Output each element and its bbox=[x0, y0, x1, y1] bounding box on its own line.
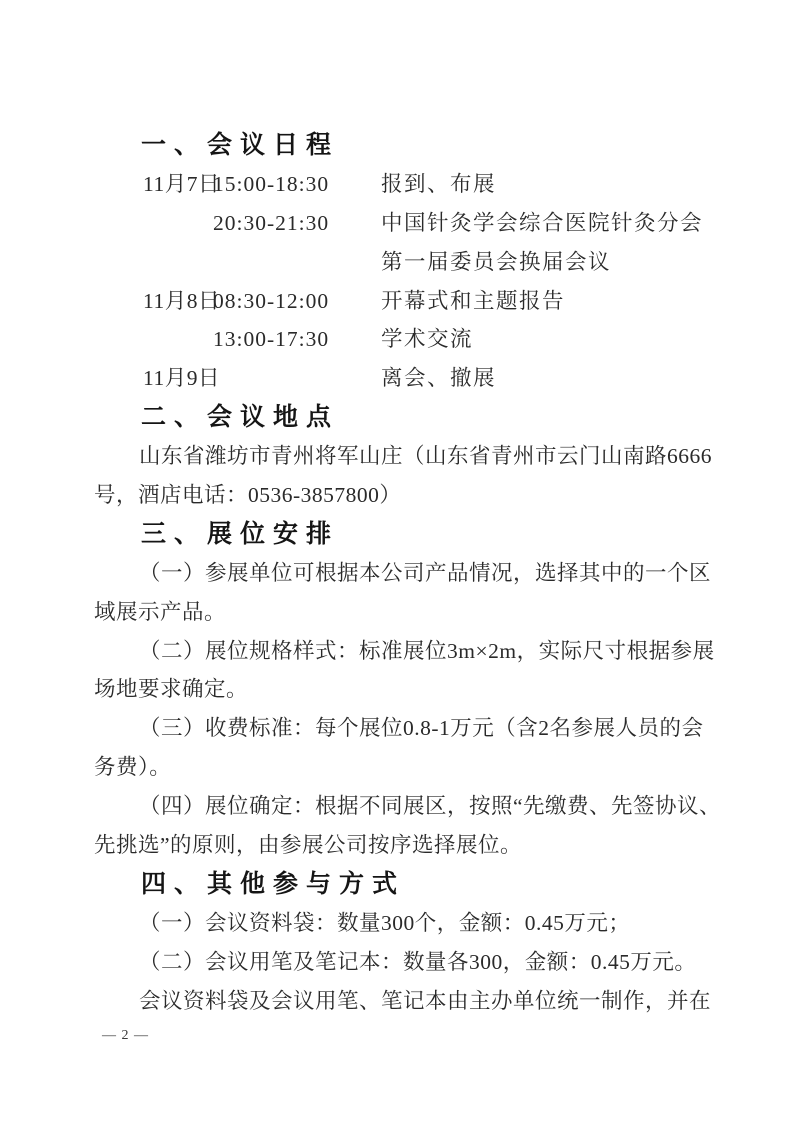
body-line: （三）收费标准：每个展位0.8-1万元（含2名参展人员的会 bbox=[94, 709, 708, 748]
schedule-time: 08:30-12:00 bbox=[213, 282, 329, 321]
schedule-activity: 开幕式和主题报告 bbox=[381, 282, 565, 321]
schedule-time: 20:30-21:30 bbox=[213, 204, 329, 243]
schedule-time: 15:00-18:30 bbox=[213, 165, 329, 204]
schedule-activity: 报到、布展 bbox=[381, 165, 496, 204]
schedule-row: 20:30-21:30中国针灸学会综合医院针灸分会 bbox=[94, 204, 708, 243]
body-line: （一）会议资料袋：数量300个，金额：0.45万元； bbox=[94, 904, 708, 943]
body-line: 场地要求确定。 bbox=[94, 670, 708, 709]
body-line: （四）展位确定：根据不同展区，按照“先缴费、先签协议、 bbox=[94, 787, 708, 826]
section-heading: 一、会议日程 bbox=[94, 126, 708, 165]
schedule-row: 11月9日离会、撤展 bbox=[94, 359, 708, 398]
body-line: （二）展位规格样式：标准展位3m×2m，实际尺寸根据参展 bbox=[94, 632, 708, 671]
body-line: 务费）。 bbox=[94, 748, 708, 787]
body-line: 号，酒店电话：0536-3857800） bbox=[94, 476, 708, 515]
section-heading: 二、会议地点 bbox=[94, 398, 708, 437]
section-heading: 四、其他参与方式 bbox=[94, 865, 708, 904]
schedule-activity: 离会、撤展 bbox=[381, 359, 496, 398]
body-line: 域展示产品。 bbox=[94, 593, 708, 632]
section-heading: 三、展位安排 bbox=[94, 515, 708, 554]
schedule-activity: 中国针灸学会综合医院针灸分会 bbox=[381, 204, 703, 243]
body-line: （一）参展单位可根据本公司产品情况，选择其中的一个区 bbox=[94, 554, 708, 593]
schedule-row: 第一届委员会换届会议 bbox=[94, 243, 708, 282]
schedule-date: 11月8日 bbox=[143, 282, 220, 321]
body-line: 山东省潍坊市青州将军山庄（山东省青州市云门山南路6666 bbox=[94, 437, 708, 476]
page-number: — 2 — bbox=[102, 1028, 149, 1044]
schedule-row: 13:00-17:30学术交流 bbox=[94, 320, 708, 359]
body-line: 会议资料袋及会议用笔、笔记本由主办单位统一制作，并在 bbox=[94, 982, 708, 1021]
body-line: 先挑选”的原则，由参展公司按序选择展位。 bbox=[94, 826, 708, 865]
schedule-activity: 学术交流 bbox=[381, 320, 473, 359]
schedule-time: 13:00-17:30 bbox=[213, 320, 329, 359]
body-line: （二）会议用笔及笔记本：数量各300，金额：0.45万元。 bbox=[94, 943, 708, 982]
schedule-row: 11月7日15:00-18:30报到、布展 bbox=[94, 165, 708, 204]
document-content: 一、会议日程11月7日15:00-18:30报到、布展20:30-21:30中国… bbox=[94, 126, 708, 1020]
schedule-row: 11月8日08:30-12:00开幕式和主题报告 bbox=[94, 282, 708, 321]
schedule-activity: 第一届委员会换届会议 bbox=[381, 243, 611, 282]
schedule-date: 11月7日 bbox=[143, 165, 220, 204]
document-page: 一、会议日程11月7日15:00-18:30报到、布展20:30-21:30中国… bbox=[0, 0, 800, 1131]
schedule-date: 11月9日 bbox=[143, 359, 220, 398]
